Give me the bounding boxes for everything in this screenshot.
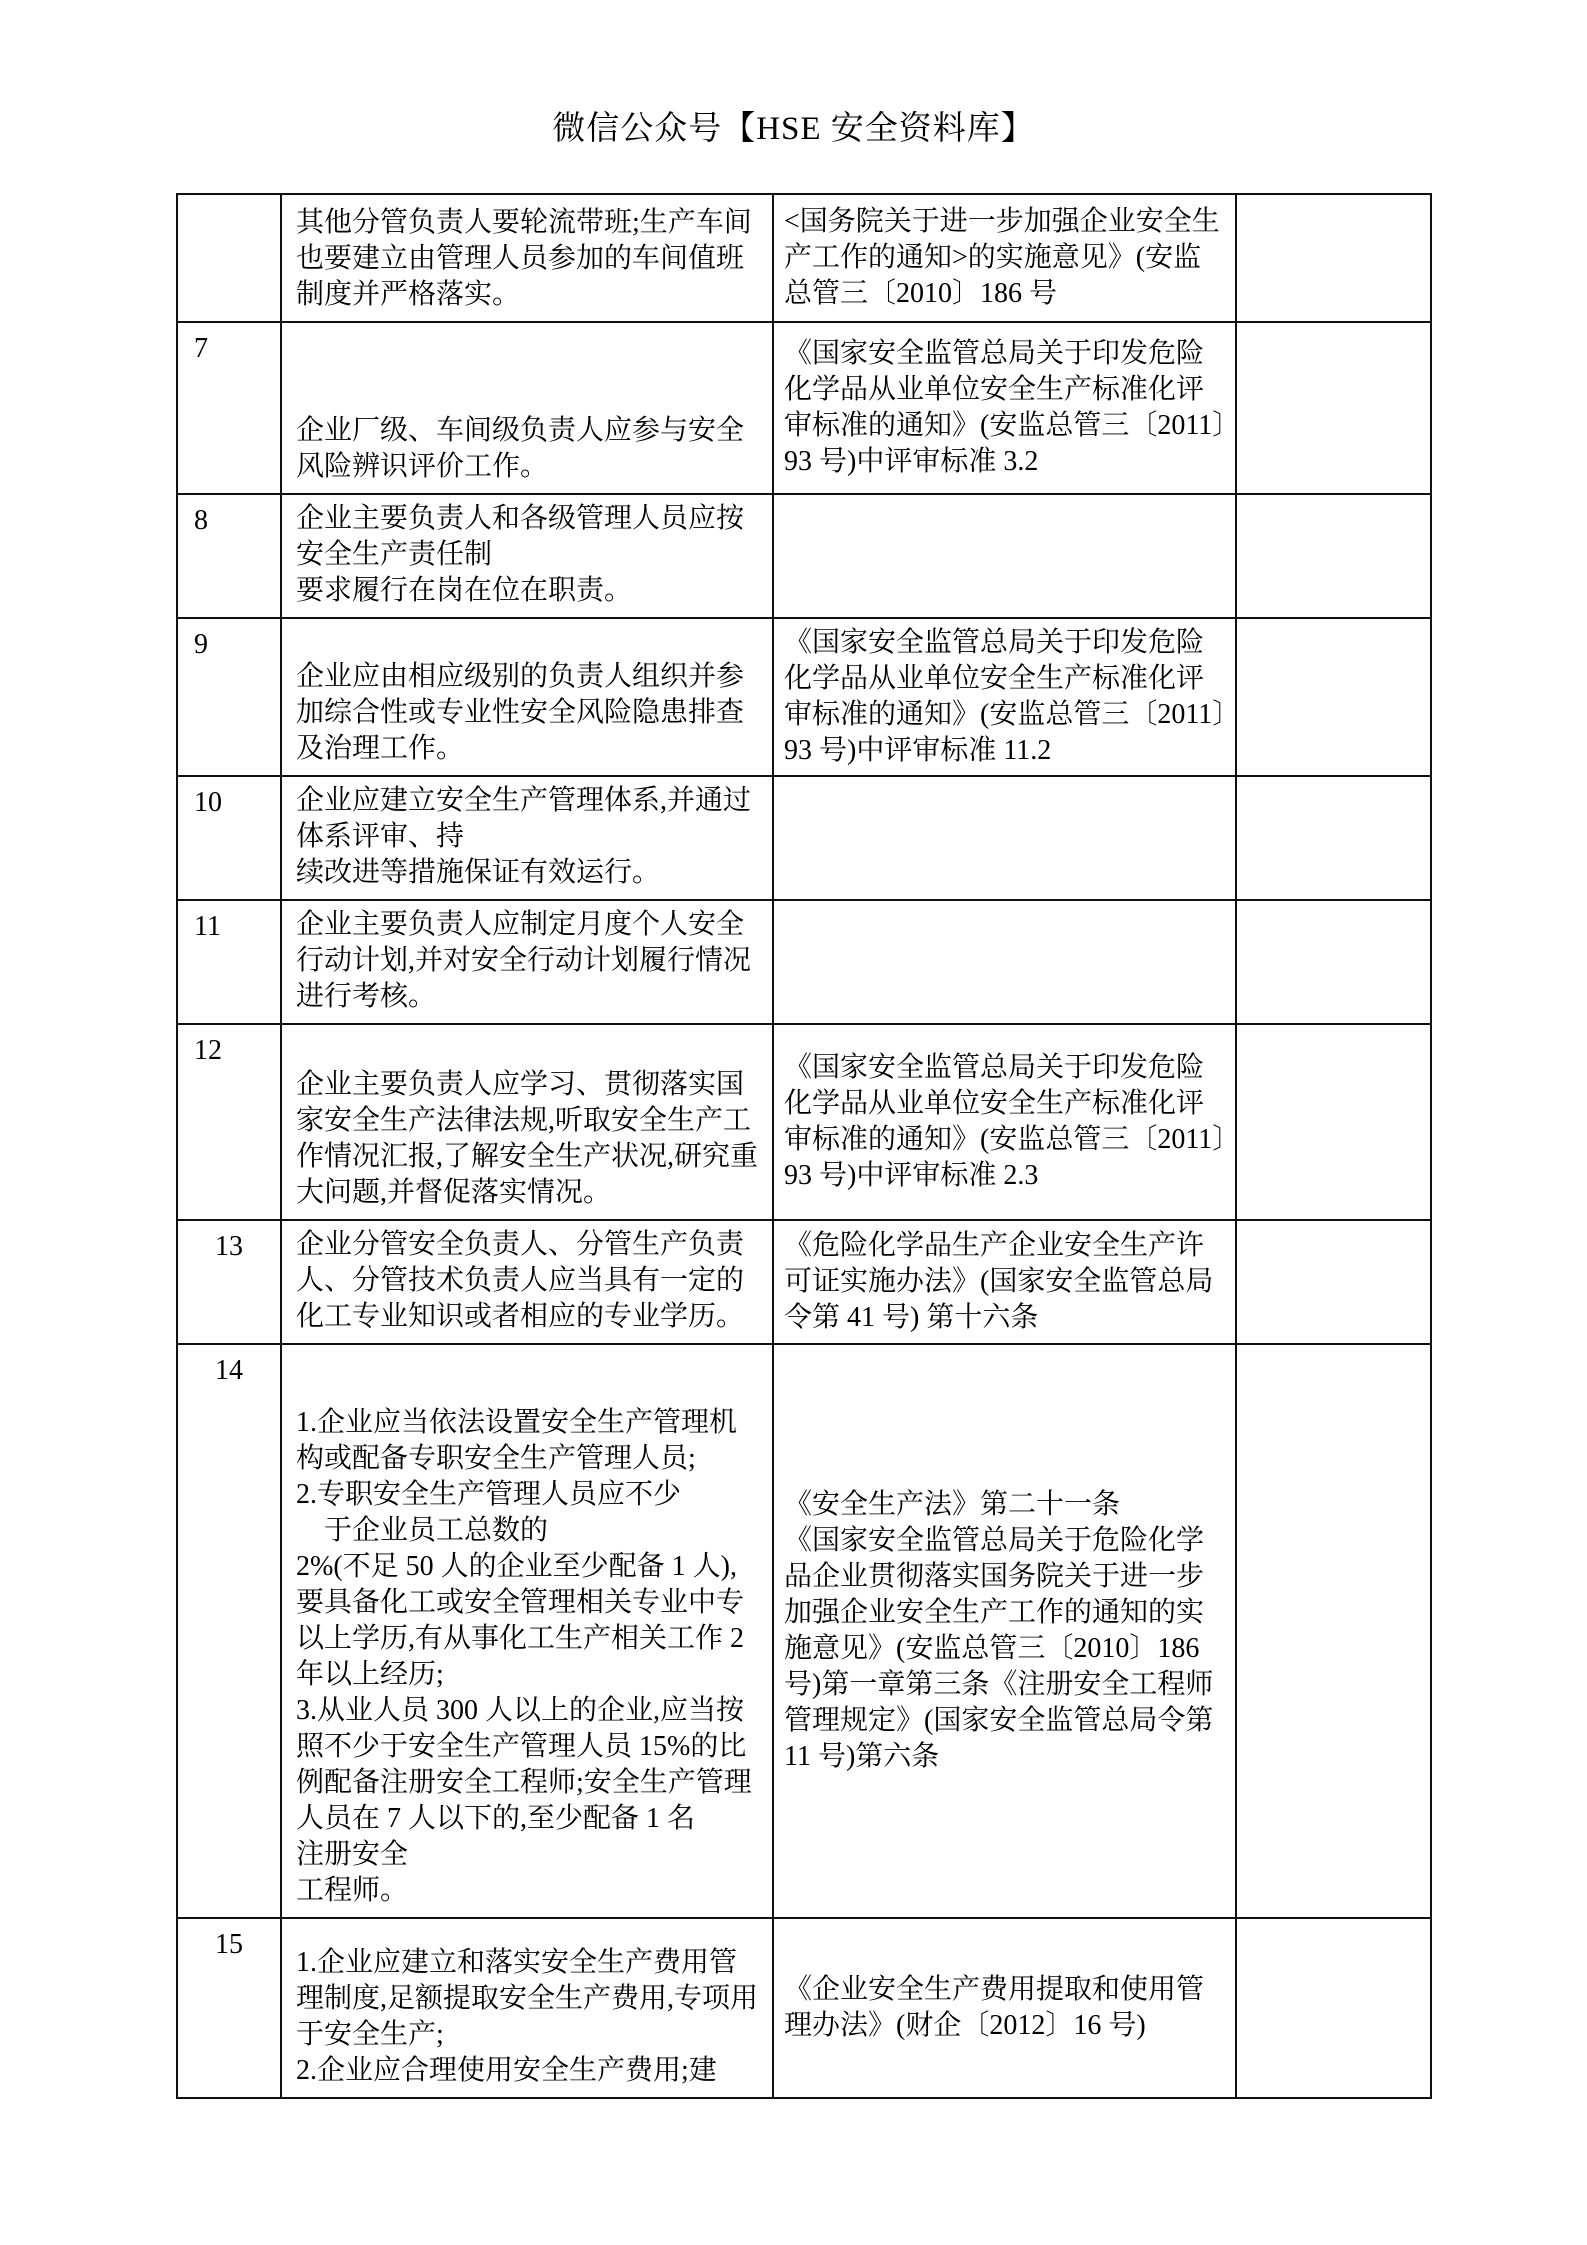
row-number-cell: 10 (177, 776, 281, 900)
remark-cell (1236, 776, 1431, 900)
regulation-reference-cell: 《危险化学品生产企业安全生产许可证实施办法》(国家安全监管总局令第 41 号) … (773, 1220, 1236, 1344)
requirement-text-cell: 企业应建立安全生产管理体系,并通过体系评审、持 续改进等措施保证有效运行。 (281, 776, 773, 900)
requirement-text-cell: 企业主要负责人和各级管理人员应按安全生产责任制 要求履行在岗在位在职责。 (281, 494, 773, 618)
row-number-cell: 8 (177, 494, 281, 618)
document-page: 微信公众号【HSE 安全资料库】 其他分管负责人要轮流带班;生产车间也要建立由管… (0, 0, 1587, 2245)
requirement-text-cell: 企业主要负责人应学习、贯彻落实国家安全生产法律法规,听取安全生产工作情况汇报,了… (281, 1024, 773, 1220)
requirement-text-cell: 1.企业应当依法设置安全生产管理机构或配备专职安全生产管理人员; 2.专职安全生… (281, 1344, 773, 1918)
table-row: 151.企业应建立和落实安全生产费用管理制度,足额提取安全生产费用,专项用于安全… (177, 1918, 1431, 2098)
table-row: 12企业主要负责人应学习、贯彻落实国家安全生产法律法规,听取安全生产工作情况汇报… (177, 1024, 1431, 1220)
table-row: 其他分管负责人要轮流带班;生产车间也要建立由管理人员参加的车间值班制度并严格落实… (177, 194, 1431, 322)
regulation-reference-cell (773, 494, 1236, 618)
requirement-text-cell: 企业应由相应级别的负责人组织并参加综合性或专业性安全风险隐患排查及治理工作。 (281, 618, 773, 776)
regulation-reference-cell (773, 776, 1236, 900)
table-row: 11企业主要负责人应制定月度个人安全行动计划,并对安全行动计划履行情况进行考核。 (177, 900, 1431, 1024)
table-row: 9企业应由相应级别的负责人组织并参加综合性或专业性安全风险隐患排查及治理工作。《… (177, 618, 1431, 776)
regulation-reference-cell: 《国家安全监管总局关于印发危险化学品从业单位安全生产标准化评审标准的通知》(安监… (773, 618, 1236, 776)
requirement-text-cell: 企业分管安全负责人、分管生产负责人、分管技术负责人应当具有一定的化工专业知识或者… (281, 1220, 773, 1344)
remark-cell (1236, 1344, 1431, 1918)
regulation-reference-cell: 《安全生产法》第二十一条 《国家安全监管总局关于危险化学品企业贯彻落实国务院关于… (773, 1344, 1236, 1918)
remark-cell (1236, 322, 1431, 494)
table-row: 7企业厂级、车间级负责人应参与安全风险辨识评价工作。《国家安全监管总局关于印发危… (177, 322, 1431, 494)
requirement-text-cell: 1.企业应建立和落实安全生产费用管理制度,足额提取安全生产费用,专项用于安全生产… (281, 1918, 773, 2098)
regulation-reference-cell (773, 900, 1236, 1024)
row-number-cell: 14 (177, 1344, 281, 1918)
row-number-cell: 11 (177, 900, 281, 1024)
remark-cell (1236, 1918, 1431, 2098)
requirement-text-cell: 其他分管负责人要轮流带班;生产车间也要建立由管理人员参加的车间值班制度并严格落实… (281, 194, 773, 322)
remark-cell (1236, 194, 1431, 322)
table-row: 13企业分管安全负责人、分管生产负责人、分管技术负责人应当具有一定的化工专业知识… (177, 1220, 1431, 1344)
regulation-reference-cell: 《国家安全监管总局关于印发危险化学品从业单位安全生产标准化评审标准的通知》(安监… (773, 322, 1236, 494)
row-number-cell: 15 (177, 1918, 281, 2098)
row-number-cell: 12 (177, 1024, 281, 1220)
row-number-cell: 7 (177, 322, 281, 494)
regulation-reference-cell: 《国家安全监管总局关于印发危险化学品从业单位安全生产标准化评审标准的通知》(安监… (773, 1024, 1236, 1220)
remark-cell (1236, 1024, 1431, 1220)
row-number-cell: 13 (177, 1220, 281, 1344)
table-row: 10企业应建立安全生产管理体系,并通过体系评审、持 续改进等措施保证有效运行。 (177, 776, 1431, 900)
page-header-title: 微信公众号【HSE 安全资料库】 (0, 102, 1587, 149)
remark-cell (1236, 618, 1431, 776)
safety-checklist-table: 其他分管负责人要轮流带班;生产车间也要建立由管理人员参加的车间值班制度并严格落实… (176, 193, 1432, 2099)
remark-cell (1236, 900, 1431, 1024)
remark-cell (1236, 1220, 1431, 1344)
table-row: 8企业主要负责人和各级管理人员应按安全生产责任制 要求履行在岗在位在职责。 (177, 494, 1431, 618)
regulation-reference-cell: 《企业安全生产费用提取和使用管理办法》(财企〔2012〕16 号) (773, 1918, 1236, 2098)
regulation-reference-cell: <国务院关于进一步加强企业安全生产工作的通知>的实施意见》(安监总管三〔2010… (773, 194, 1236, 322)
remark-cell (1236, 494, 1431, 618)
row-number-cell (177, 194, 281, 322)
row-number-cell: 9 (177, 618, 281, 776)
table-row: 141.企业应当依法设置安全生产管理机构或配备专职安全生产管理人员; 2.专职安… (177, 1344, 1431, 1918)
requirement-text-cell: 企业厂级、车间级负责人应参与安全风险辨识评价工作。 (281, 322, 773, 494)
requirement-text-cell: 企业主要负责人应制定月度个人安全行动计划,并对安全行动计划履行情况进行考核。 (281, 900, 773, 1024)
